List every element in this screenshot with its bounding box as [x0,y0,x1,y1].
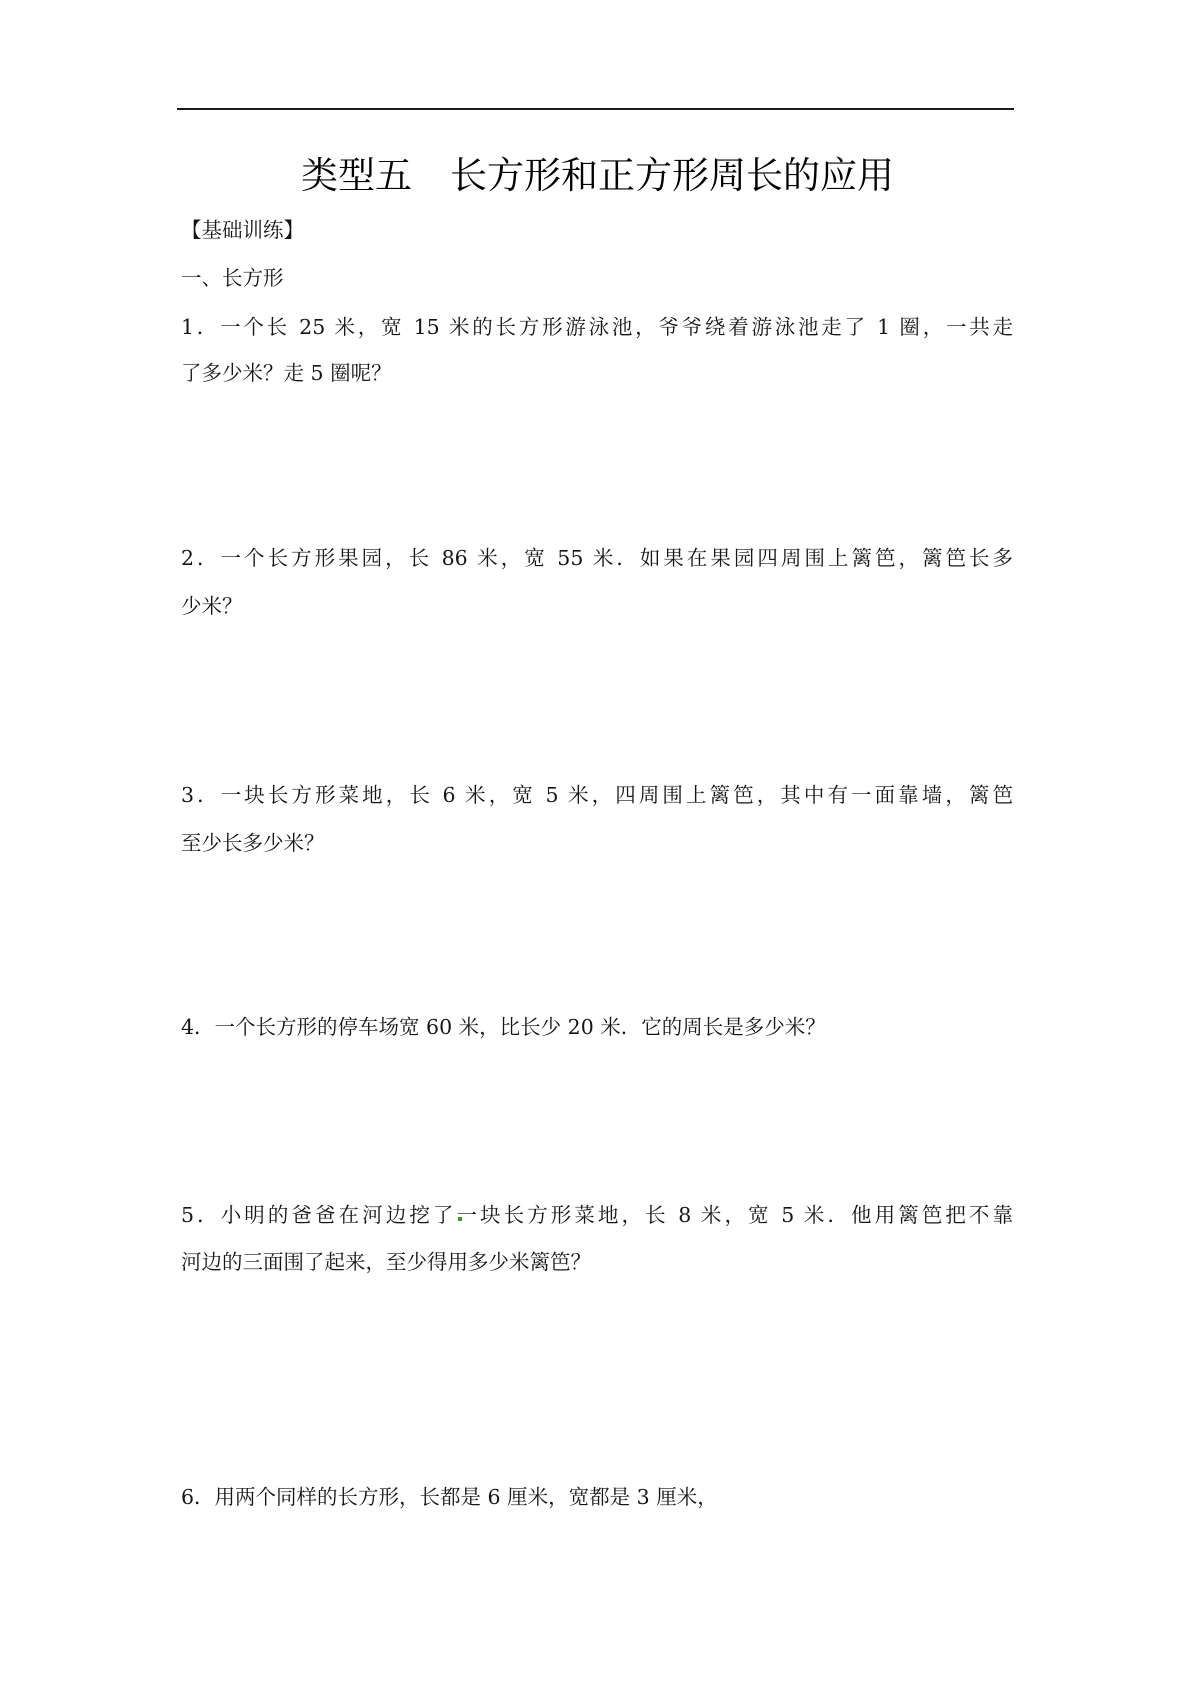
page-title: 类型五长方形和正方形周长的应用 [0,152,1191,200]
question-3-line-2: 至少长多少米？ [181,829,1013,857]
title-topic: 长方形和正方形周长的应用 [450,154,894,197]
subsection-heading: 一、长方形 [181,264,1013,292]
section-label: 【基础训练】 [181,216,1013,244]
question-2-line-1: 2．一个长方形果园，长 86 米，宽 55 米．如果在果园四周围上篱笆，篱笆长多 [181,544,1013,572]
title-type-label: 类型五 [301,154,412,197]
question-4-line-1: 4．一个长方形的停车场宽 60 米，比长少 20 米．它的周长是多少米？ [181,1013,1013,1041]
header-rule [177,108,1014,110]
question-6-line-1: 6．用两个同样的长方形，长都是 6 厘米，宽都是 3 厘米， [181,1483,1013,1511]
question-5-line-2: 河边的三面围了起来，至少得用多少米篱笆？ [181,1248,1013,1276]
question-1-line-1: 1．一个长 25 米，宽 15 米的长方形游泳池，爷爷绕着游泳池走了 1 圈，一… [181,313,1013,341]
question-2-line-2: 少米？ [181,592,1013,620]
question-3-line-1: 3．一块长方形菜地，长 6 米，宽 5 米，四周围上篱笆，其中有一面靠墙，篱笆 [181,781,1013,809]
question-1-line-2: 了多少米？走 5 圈呢？ [181,359,1013,387]
question-5-line-1: 5．小明的爸爸在河边挖了一块长方形菜地，长 8 米，宽 5 米．他用篱笆把不靠 [181,1201,1013,1229]
green-edit-mark [458,1217,462,1221]
